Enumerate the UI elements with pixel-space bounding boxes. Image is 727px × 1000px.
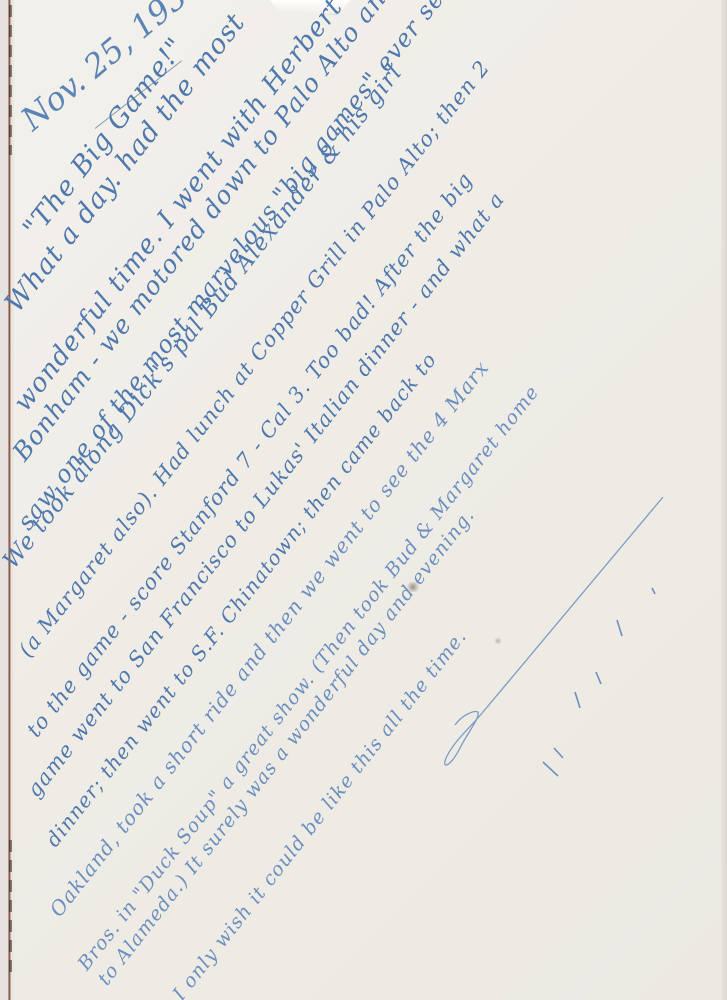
paper-stain	[493, 638, 503, 644]
page-right-edge	[721, 0, 727, 1000]
diary-page: Nov. 25, 1933 "The Big Game!" What a day…	[0, 0, 727, 1000]
entry-line: game went to San Francisco to Lukas' Ita…	[23, 188, 508, 801]
entry-line: Bros. in "Duck Soup" a great show. (Then…	[75, 383, 543, 974]
binding-stitching-bottom	[9, 840, 12, 980]
binding-stitching-top	[9, 5, 12, 155]
